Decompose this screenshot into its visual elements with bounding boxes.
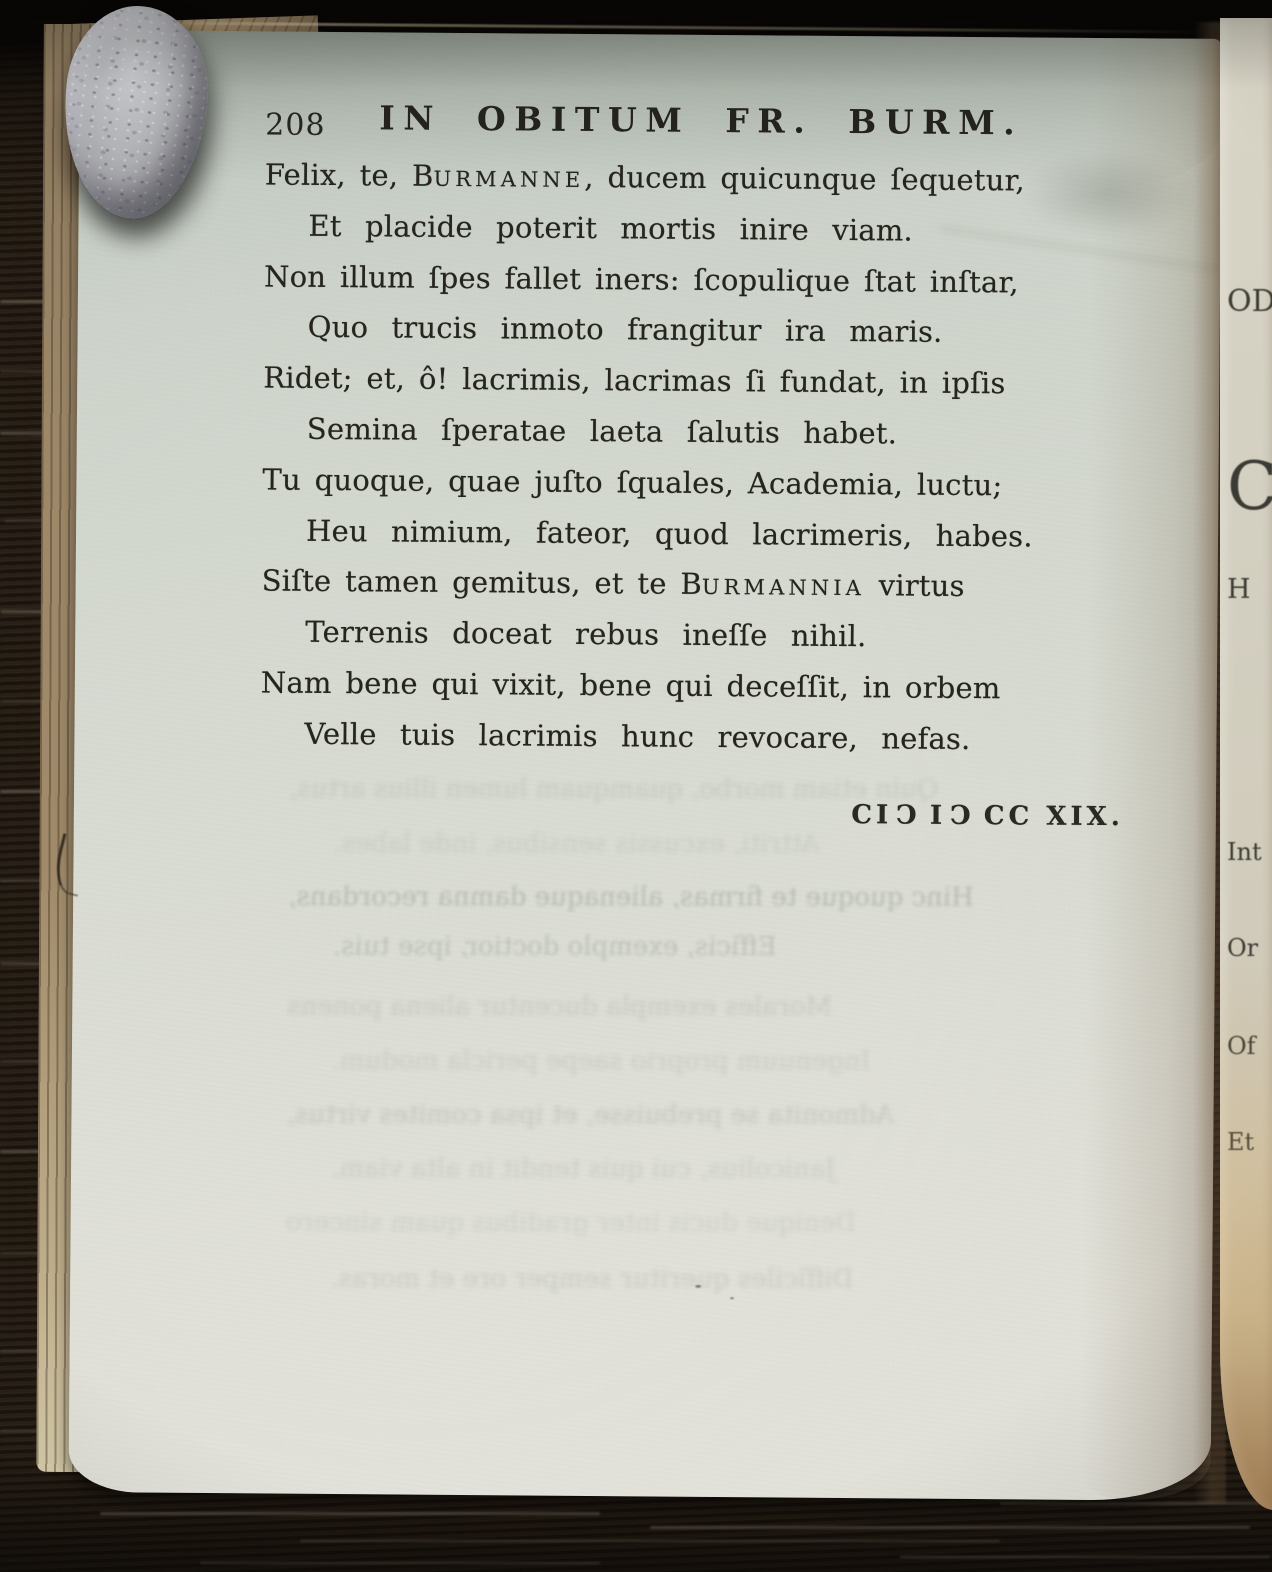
- poem-line: Tu quoque, quae juſto ſquales, Academia,…: [262, 462, 1033, 519]
- show-through-line: Ingenuum proprio saepe pericla modum.: [332, 1046, 871, 1076]
- show-through-line: Denique ducis inter gradibus quam sincer…: [286, 1208, 857, 1238]
- show-through-line: Quin etiam morbo, quamquam lumen illius …: [289, 774, 938, 805]
- show-through-line: Difficiles queritur semper ore et moras.: [330, 1264, 853, 1294]
- book-photo-scene: 208 IN OBITUM FR. BURM. Felix, te, BURMA…: [0, 0, 1272, 1572]
- next-page-text-fragment: Et: [1227, 1128, 1254, 1156]
- next-page-text-fragment: OD: [1227, 284, 1272, 319]
- ink-speck: [730, 1297, 734, 1299]
- wood-grain-streak: [100, 1512, 600, 1515]
- poem-line: Non illum ſpes fallet iners: ſcopulique …: [264, 259, 1035, 316]
- show-through-line: Janicolius, cui quis tendit in alta viam…: [331, 1154, 836, 1184]
- poem-line: Velle tuis lacrimis hunc revocare, nefas…: [304, 717, 1031, 774]
- next-page-text-fragment: Of: [1227, 1032, 1256, 1060]
- next-page-edge: ODCHIntOrOfEt: [1220, 18, 1272, 1510]
- poem-line: Ridet; et, ô! lacrimis, lacrimas ſi fund…: [263, 361, 1034, 418]
- show-through-line: Efficis, exemplo doctior, ipse tuis.: [333, 932, 777, 962]
- show-through-line: Morales exempla ducentur aliena ponens: [287, 992, 832, 1022]
- poem-line: Felix, te, BURMANNE, ducem quicunque ſeq…: [265, 157, 1036, 214]
- poem-line: Et placide poterit mortis inire viam.: [308, 209, 1035, 266]
- next-page-text-fragment: Or: [1227, 934, 1258, 962]
- next-page-text-fragment: C: [1227, 448, 1272, 525]
- next-page-text-fragment: Int: [1227, 838, 1262, 866]
- show-through-line: Admonita se prebuisse, et ipsa comites v…: [286, 1100, 894, 1131]
- show-through-line: Attriti, excussis sensibus, inde labes.: [334, 829, 820, 859]
- show-through-line: Hinc quoque te firmas, alienaque damna r…: [288, 882, 974, 913]
- wood-grain-streak: [200, 1562, 600, 1564]
- wood-grain-streak: [650, 1526, 1250, 1529]
- next-page-text-fragment: H: [1227, 574, 1251, 605]
- poem-text: Felix, te, BURMANNE, ducem quicunque ſeq…: [260, 157, 1035, 773]
- poem-line: Siſte tamen gemitus, et te BURMANNIA vir…: [261, 564, 1032, 621]
- wood-grain-streak: [900, 1556, 1270, 1558]
- poem-line: Terrenis doceat rebus ineſſe nihil.: [305, 615, 1032, 672]
- poem-line: Nam bene qui vixit, bene qui deceſſit, i…: [261, 665, 1032, 722]
- page-number: 208: [265, 107, 326, 142]
- wood-grain-streak: [300, 1540, 1000, 1542]
- poem-line: Quo trucis inmoto frangitur ira maris.: [307, 310, 1034, 367]
- poem-line: Semina ſperatae laeta ſalutis habet.: [307, 412, 1034, 469]
- book-page: 208 IN OBITUM FR. BURM. Felix, te, BURMA…: [69, 30, 1222, 1501]
- date-roman-numerals: CIC IC CC XIX.: [851, 800, 1124, 832]
- page-smudge: [1018, 147, 1199, 238]
- poem-line: Heu nimium, fateor, quod lacrimeris, hab…: [306, 513, 1033, 570]
- page-header-title: IN OBITUM FR. BURM.: [379, 98, 1023, 142]
